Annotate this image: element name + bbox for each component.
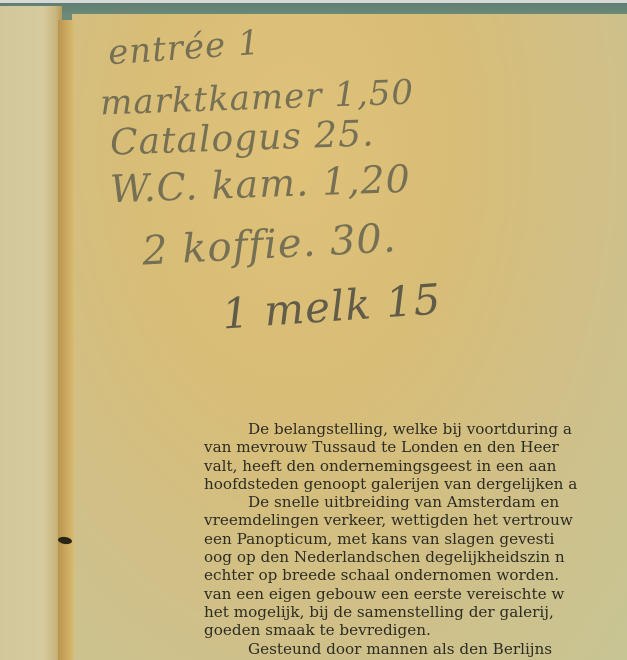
printed-line: een Panopticum, met kans van slagen geve… <box>204 530 627 548</box>
printed-line: oog op den Nederlandschen degelijkheidsz… <box>204 548 627 566</box>
printed-line: De snelle uitbreiding van Amsterdam en <box>204 493 627 511</box>
printed-line: echter op breede schaal ondernomen worde… <box>204 566 627 584</box>
left-page <box>0 6 62 660</box>
printed-paragraphs: De belangstelling, welke bij voortduring… <box>204 420 627 658</box>
printed-line: Gesteund door mannen als den Berlijns <box>204 640 627 658</box>
printed-line: hoofdsteden genoopt galerijen van dergel… <box>204 475 627 493</box>
printed-line: van een eigen gebouw een eerste vereisch… <box>204 585 627 603</box>
printed-line: goeden smaak te bevredigen. <box>204 621 627 639</box>
printed-line: valt, heeft den ondernemingsgeest in een… <box>204 457 627 475</box>
printed-line: De belangstelling, welke bij voortduring… <box>204 420 627 438</box>
printed-line: van mevrouw Tussaud te Londen en den Hee… <box>204 438 627 456</box>
printed-line: vreemdelingen verkeer, wettigden het ver… <box>204 511 627 529</box>
book-gutter <box>58 20 74 660</box>
printed-line: het mogelijk, bij de samenstelling der g… <box>204 603 627 621</box>
